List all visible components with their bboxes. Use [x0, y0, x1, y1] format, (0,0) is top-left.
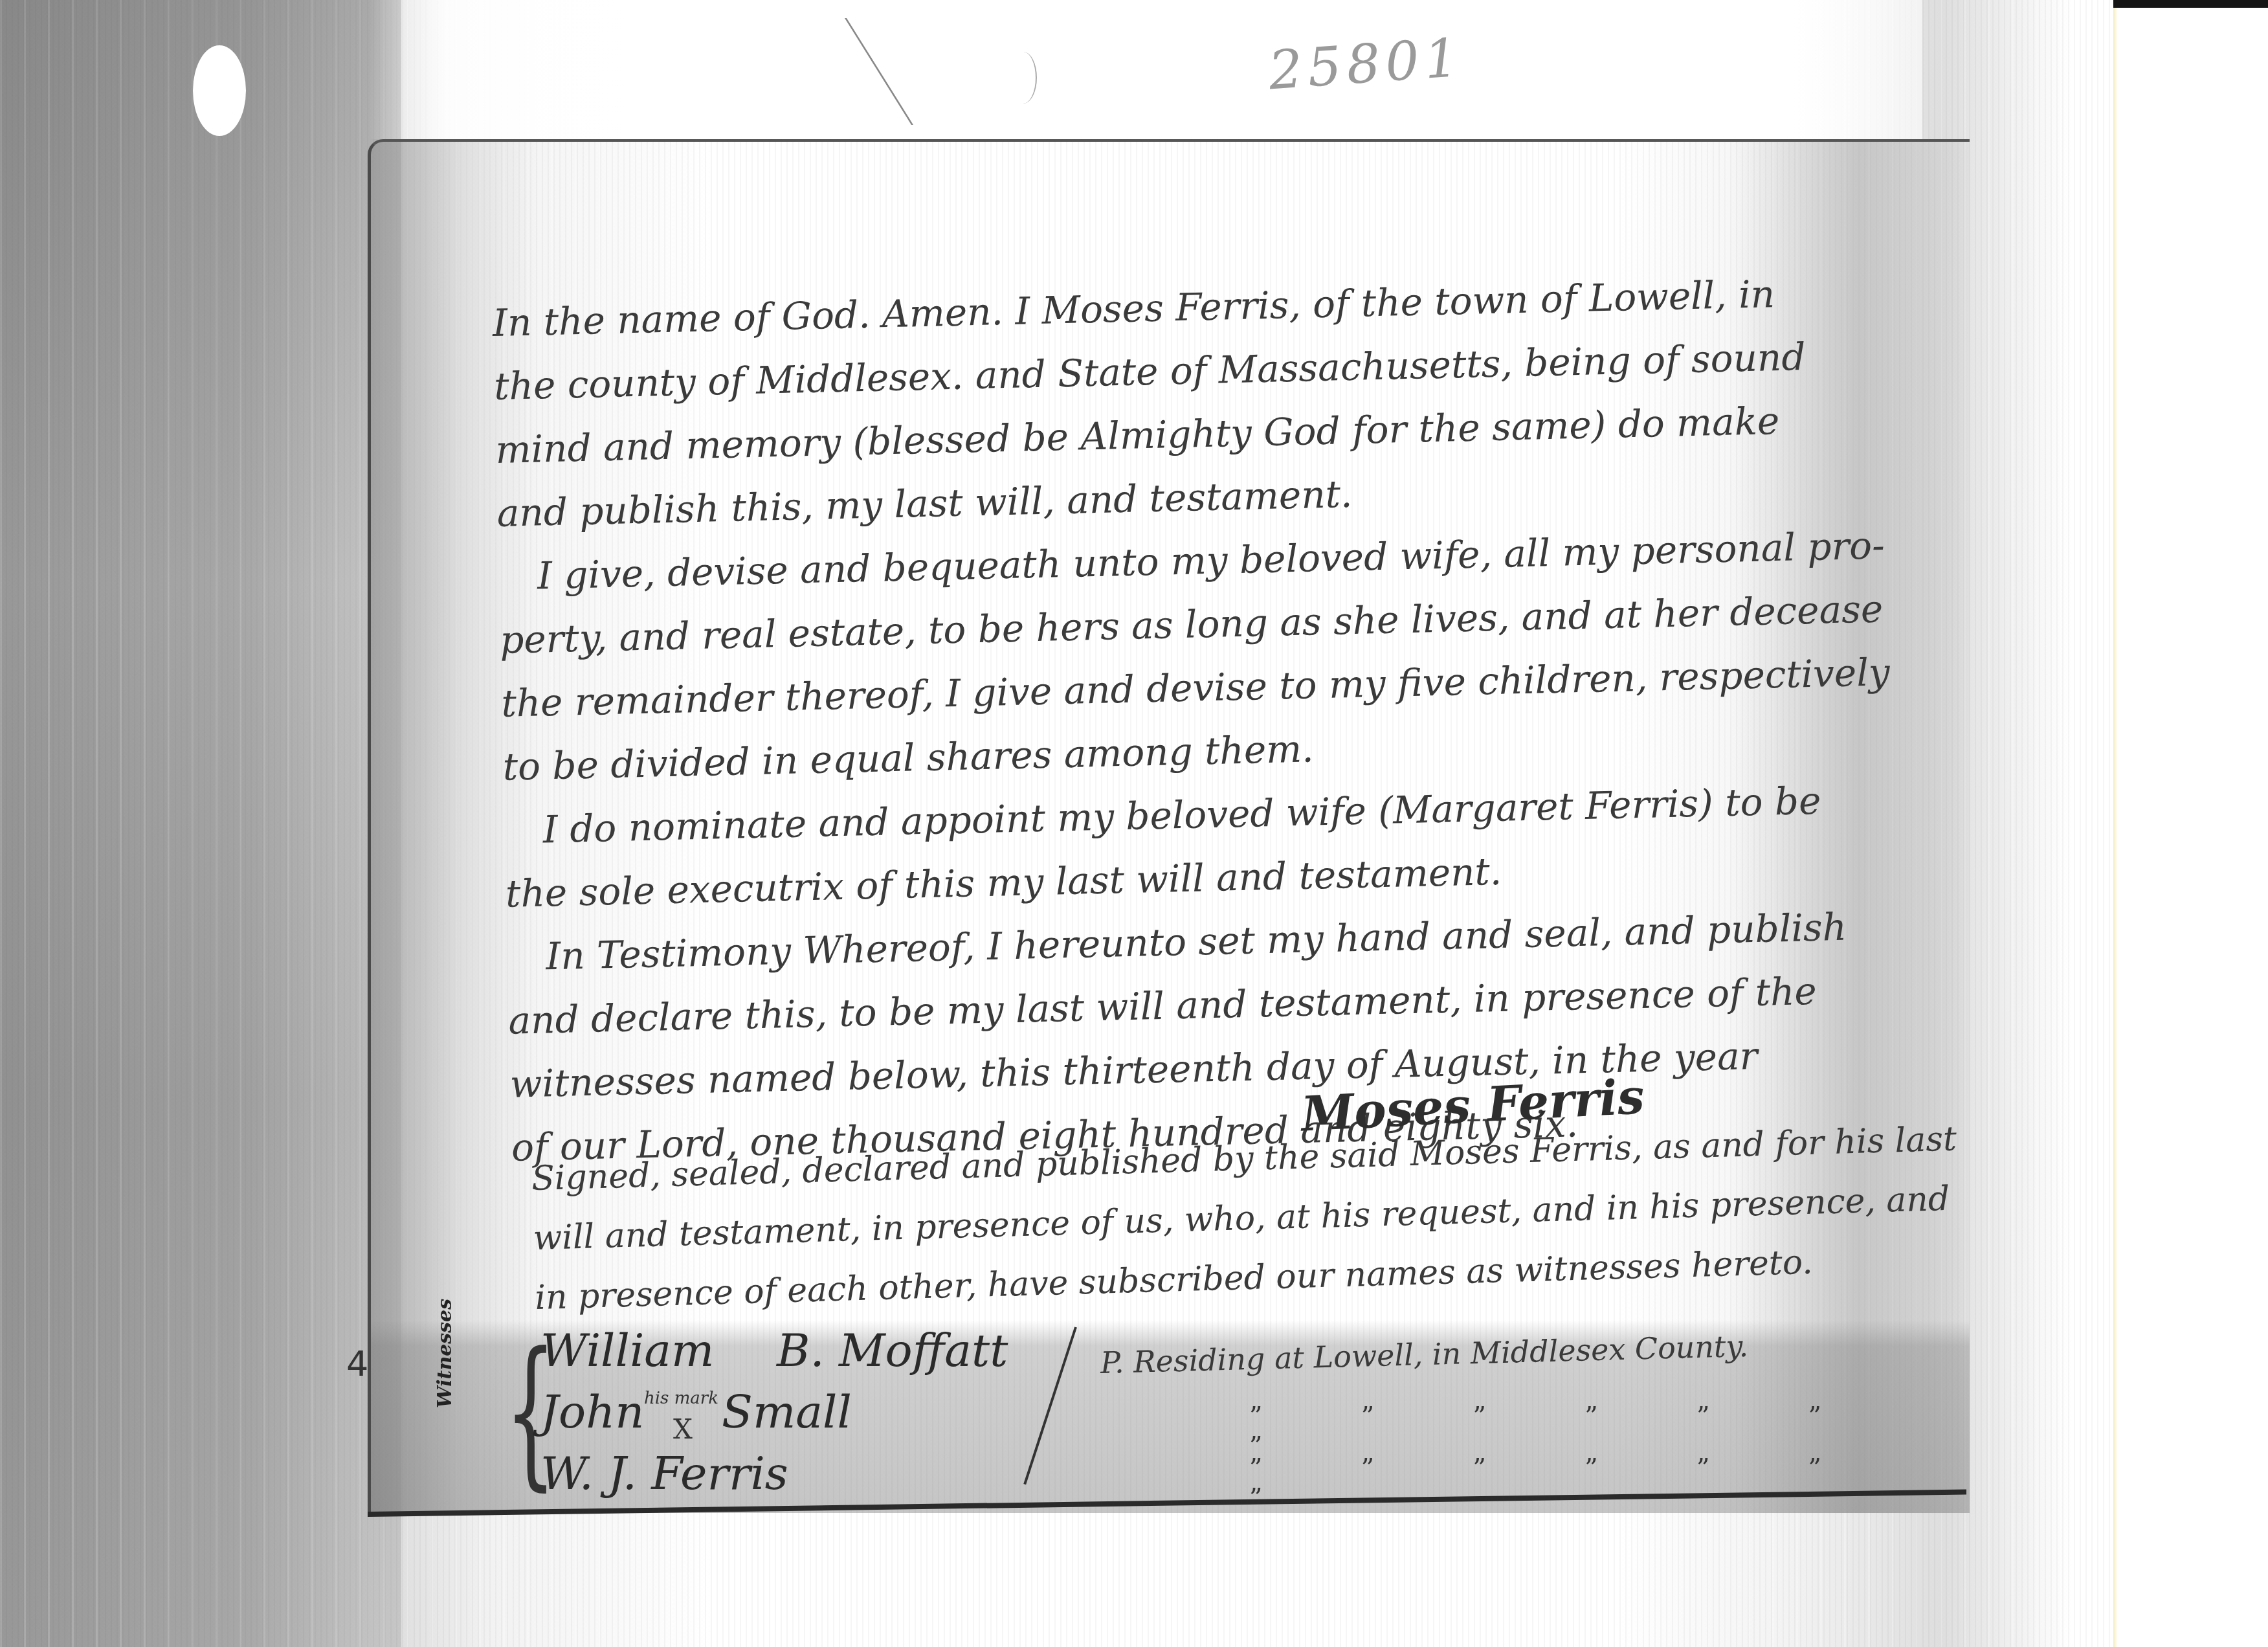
ditto-mark: ” — [1584, 1402, 1688, 1431]
will-body-text: In the name of God. Amen. I Moses Ferris… — [492, 254, 2129, 1179]
slash-mark — [1023, 1327, 1077, 1485]
ditto-mark: ” — [1361, 1453, 1465, 1483]
ditto-mark: ” — [1696, 1453, 1800, 1483]
ditto-mark: ” — [1808, 1453, 1912, 1483]
ditto-mark: ” — [1584, 1453, 1688, 1483]
his-mark-label: his mark — [644, 1389, 718, 1408]
ditto-mark: ” — [1249, 1483, 1353, 1513]
witness-3-last-name: Ferris — [651, 1447, 788, 1500]
witness-1-last-name: B. Moffatt — [777, 1324, 1008, 1377]
witness-2-last-name: Small — [722, 1385, 852, 1439]
witness-3-first-name: W. J. — [540, 1447, 637, 1500]
margin-page-number: 4 — [346, 1343, 368, 1384]
ditto-mark: ” — [1361, 1402, 1465, 1431]
top-margin-area — [369, 0, 1922, 139]
witness-signatures: Witnesses { William B. Moffatt John his … — [505, 1324, 1929, 1512]
punch-hole — [193, 45, 246, 136]
ditto-mark: ” — [1473, 1402, 1576, 1431]
residence-note: P. Residing at Lowell, in Middlesex Coun… — [1100, 1328, 1748, 1380]
ditto-marks-row: ” ” ” ” ” ” ” — [1249, 1453, 1929, 1513]
ditto-mark: ” — [1249, 1402, 1353, 1431]
pencil-bracket-mark — [1010, 52, 1037, 104]
scan-edge-bar — [2113, 0, 2268, 8]
witness-3-name: W. J. Ferris — [540, 1447, 788, 1500]
ditto-mark: ” — [1696, 1402, 1800, 1431]
ditto-marks-row: ” ” ” ” ” ” ” — [1249, 1402, 1929, 1461]
ditto-mark: ” — [1249, 1453, 1353, 1483]
witness-1-first-name: William — [540, 1324, 714, 1377]
witness-mark-x: X — [673, 1413, 693, 1445]
witness-2-first-name: John — [540, 1385, 644, 1439]
ditto-mark: ” — [1473, 1453, 1576, 1483]
witnesses-label: Witnesses — [434, 1299, 456, 1408]
scan-margin-strip — [2115, 8, 2268, 1647]
ditto-mark: ” — [1808, 1402, 1912, 1431]
